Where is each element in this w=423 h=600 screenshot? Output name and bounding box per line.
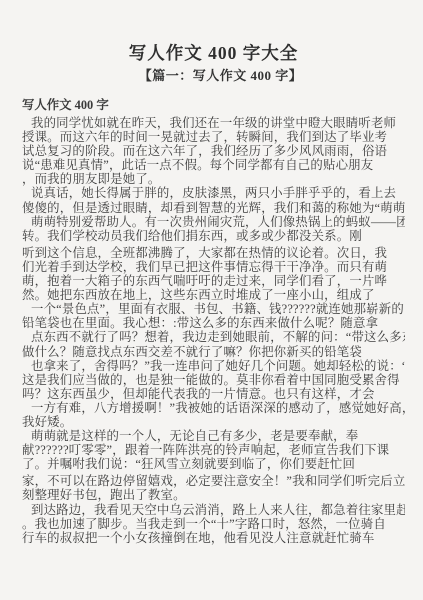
text-line: 萌，抱着一大箱子的东西气喘吁吁的走过来，同学们看了，一片哗 — [22, 274, 405, 288]
text-line: 点东西不就行了吗？想着，我边走到她眼前，不解的问：“带这么多东西 — [22, 330, 405, 344]
text-line: 吗？这东西虽少，但却能代表我的一片情意。也只有这样，才会 — [22, 387, 405, 401]
essay-body: 我的同学忧如就在昨天，我们还在一年级的讲堂中瞪大眼睛听老师授课。而这六年的时间一… — [22, 116, 405, 545]
text-line: 一个“景色点”，里面有衣服、书包、书籍、钱??????就连她那崭新的 — [22, 302, 405, 316]
text-line: 家，不可以在路边停留嬉戏，必定要注意安全！”我和同学们听完后立 — [22, 474, 405, 488]
text-line: 一方有难，八方增援啊！”我被她的话语深深的感动了，感觉她好高， — [22, 401, 405, 415]
text-line: 行车的叔叔把一个小女孩撞倒在地，他看见没人注意就赶忙骑车 — [22, 531, 405, 545]
text-line: 萌萌特别爱帮助人。有一次贵州闹灾荒，人们像热锅上的蚂蚁——团团 — [22, 215, 405, 229]
document-page: 写人作文 400 字大全 【篇一：写人作文 400 字】 写人作文 400 字 … — [0, 0, 423, 600]
text-line: 我的同学忧如就在昨天，我们还在一年级的讲堂中瞪大眼睛听老师 — [22, 116, 405, 130]
text-line: 。我也加速了脚步。当我走到一个“十”字路口时，怒然，一位骑自 — [22, 517, 405, 531]
section-heading: 写人作文 400 字 — [22, 98, 405, 113]
text-line: 铅笔袋也在里面。我心想：:带这么多的东西来做什么呢？随意拿 — [22, 316, 405, 330]
text-line: 说真话，她长得属于胖的，皮肤漆黑，两只小手胖乎乎的，看上去 — [22, 186, 405, 200]
text-line: 听到这个信息，全班都沸腾了，大家都在热情的议论着。次日，我 — [22, 246, 405, 260]
page-subtitle: 【篇一：写人作文 400 字】 — [36, 67, 405, 84]
text-line: 献??????叮零零”，跟着一阵阵洪亮的铃声响起，老师宣告我们下课 — [22, 443, 405, 457]
text-line: 也拿来了，舍得吗？”我一连串问了她好几个问题。她却轻松的说：“ — [22, 359, 405, 373]
text-line: 刻整理好书包，跑出了教室。 — [22, 488, 405, 502]
text-line: 们光着手到达学校，我们早已把这件事情忘得干干净净。而只有萌 — [22, 260, 405, 274]
text-line: 说“患难见真情”，此话一点不假。每个同学都有自己的贴心朋友 — [22, 158, 405, 172]
text-line: 做什么？随意找点东西交差不就行了嘛？你把你新买的铅笔袋 — [22, 345, 405, 359]
text-line: 试总复习的阶段。而在这六年了，我们经历了多少风风雨雨，俗语 — [22, 144, 405, 158]
text-line: 到达路边，我看见天空中乌云消消，路上人来人往，都急着往家里赶 — [22, 503, 405, 517]
text-line: 然。她把东西放在地上，这些东西立时堆成了一座小山，组成了 — [22, 288, 405, 302]
text-line: 这是我们应当做的，也是独一能做的。莫非你看着中国同胞受累舍得 — [22, 373, 405, 387]
text-line: 授课。而这六年的时间一晃就过去了，转瞬间，我们到达了毕业考 — [22, 130, 405, 144]
text-line: ，而我的朋友即是她了。 — [22, 172, 405, 186]
text-line: 我好矮。 — [22, 415, 405, 429]
text-line: 萌萌就是这样的一个人，无论自己有多少，老是要奉献，奉 — [22, 429, 405, 443]
text-line: 傻傻的，但是透过眼睛，却看到智慧的光辉，我们和蔼的称她为“萌萌” — [22, 201, 405, 215]
text-line: 了。并嘱咐我们说：“狂风雪立刻就要到临了，你们要赶忙回 — [22, 457, 405, 471]
page-title: 写人作文 400 字大全 — [22, 42, 405, 64]
text-line: 转。我们学校动员我们给他们捐东西，或多或少都没关系。刚 — [22, 229, 405, 243]
